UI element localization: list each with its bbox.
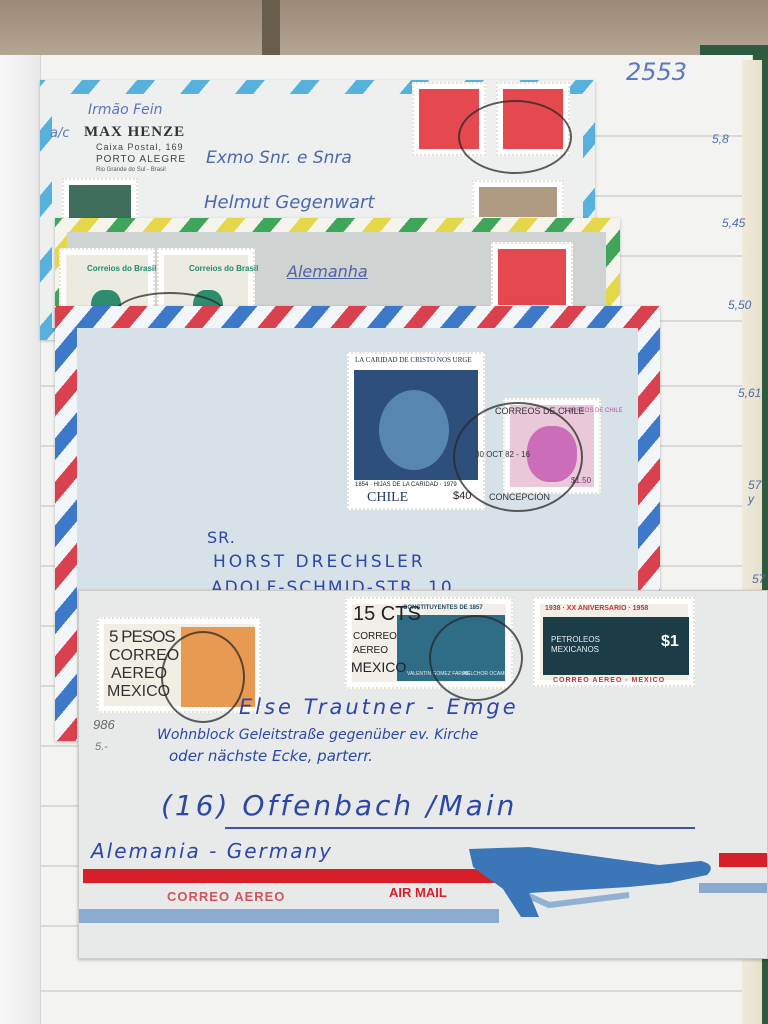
- sender-line1: Caixa Postal, 169: [96, 142, 184, 152]
- margin-note: 5,61: [738, 386, 761, 400]
- label-correo-aereo: CORREO AEREO: [167, 889, 285, 904]
- addressee-line: Wohnblock Geleitstraße gegenüber ev. Kir…: [157, 727, 478, 743]
- stamp-mexico-petroleos: 1938 · XX ANIVERSARIO · 1958 PETROLEOS M…: [533, 597, 695, 687]
- pencil-note: 5.-: [95, 741, 108, 753]
- stamp-brasil-red: [491, 242, 573, 312]
- addressee-line: Exmo Snr. e Snra: [206, 148, 352, 168]
- red-stripe: [83, 869, 515, 883]
- underline: [225, 827, 695, 829]
- sender-line3: Rio Grande do Sul - Brasil: [96, 167, 166, 173]
- postmark: [458, 100, 572, 174]
- addressee-line: Helmut Gegenwart: [204, 192, 374, 213]
- mexico-cover: 5 PESOS CORREO AEREO MEXICO 15 CTS CONST…: [78, 590, 768, 959]
- postmark: [429, 615, 523, 701]
- blue-stripe: [79, 909, 499, 923]
- addressee-city: (16) Offenbach /Main: [161, 789, 517, 822]
- sender-line2: PORTO ALEGRE: [96, 154, 186, 165]
- margin-note: 5,8: [712, 132, 729, 146]
- red-stripe: [719, 853, 767, 867]
- page-number: 2553: [626, 58, 687, 86]
- airplane-icon: [469, 837, 719, 917]
- postmark: CORREOS DE CHILE 30 OCT 82 - 16 CONCEPCI…: [453, 402, 583, 512]
- margin-note: 57 y: [748, 478, 768, 506]
- cardboard-box-edge: [0, 0, 768, 60]
- label-air-mail: AIR MAIL: [389, 885, 447, 900]
- sender-name: MAX HENZE: [84, 124, 185, 141]
- addressee-line: Else Trautner - Emge: [239, 695, 519, 719]
- addressee-line: HORST DRECHSLER: [213, 552, 426, 572]
- addressee-line: SR.: [207, 528, 236, 547]
- margin-note: 5,45: [722, 216, 745, 230]
- addressee-line: oder nächste Ecke, parterr.: [169, 747, 373, 765]
- sender-prefix: a/c: [50, 126, 70, 141]
- destination-country: Alemania - Germany: [91, 839, 333, 863]
- sender-note: Irmão Fein: [88, 102, 163, 118]
- pencil-note: 986: [93, 717, 115, 732]
- postmark: [161, 631, 245, 723]
- margin-note: 5,50: [728, 298, 751, 312]
- destination-country: Alemanha: [287, 262, 368, 281]
- album-spine: [0, 55, 41, 1024]
